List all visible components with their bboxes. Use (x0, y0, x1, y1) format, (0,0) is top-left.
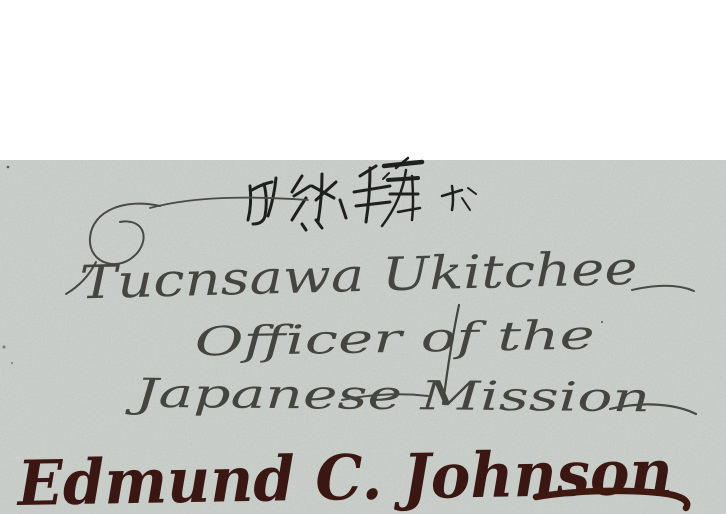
scan-white-margin (0, 0, 726, 160)
edmund-johnson-signature: Edmund C. Johnson (15, 436, 673, 514)
mission-title-line: Japanese Mission (125, 371, 651, 422)
officer-title-line: Officer of the (194, 313, 595, 366)
document-scan: Tucnsawa Ukitchee Officer of the Japanes… (0, 0, 726, 514)
scanned-document-page: Tucnsawa Ukitchee Officer of the Japanes… (0, 0, 726, 514)
